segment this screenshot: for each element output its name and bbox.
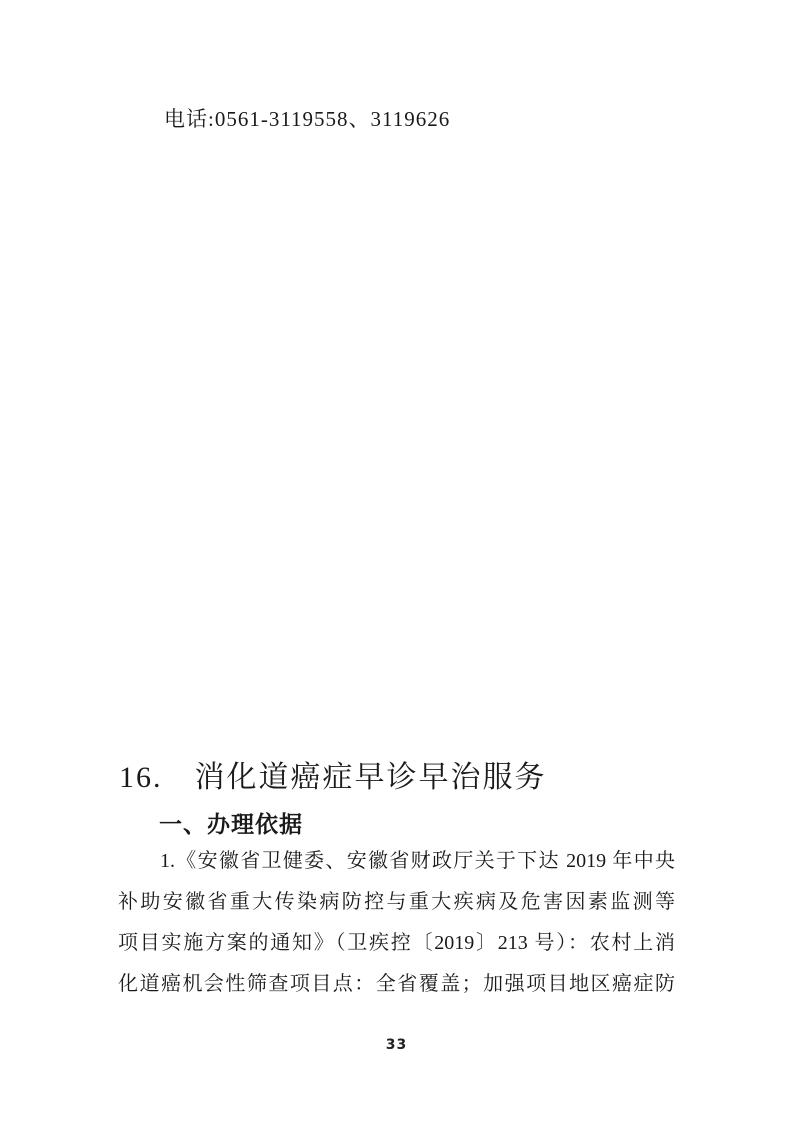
paragraph-line: 补助安徽省重大传染病防控与重大疾病及危害因素监测等 [118,882,675,923]
legal-basis-paragraph: 1.《安徽省卫健委、安徽省财政厅关于下达 2019 年中央 补助安徽省重大传染病… [118,841,675,1005]
phone-line: 电话:0561-3119558、3119626 [164,104,450,134]
chapter-heading: 16. 消化道癌症早诊早治服务 [119,756,547,800]
paragraph-line: 1.《安徽省卫健委、安徽省财政厅关于下达 2019 年中央 [118,841,675,882]
paragraph-line: 化道癌机会性筛查项目点：全省覆盖；加强项目地区癌症防 [118,964,675,1005]
section-heading: 一、办理依据 [159,808,303,840]
page-number: 33 [0,1037,793,1053]
document-page: 电话:0561-3119558、3119626 16. 消化道癌症早诊早治服务 … [0,0,793,1122]
paragraph-line: 项目实施方案的通知》（卫疾控〔2019〕213 号）：农村上消 [118,923,675,964]
